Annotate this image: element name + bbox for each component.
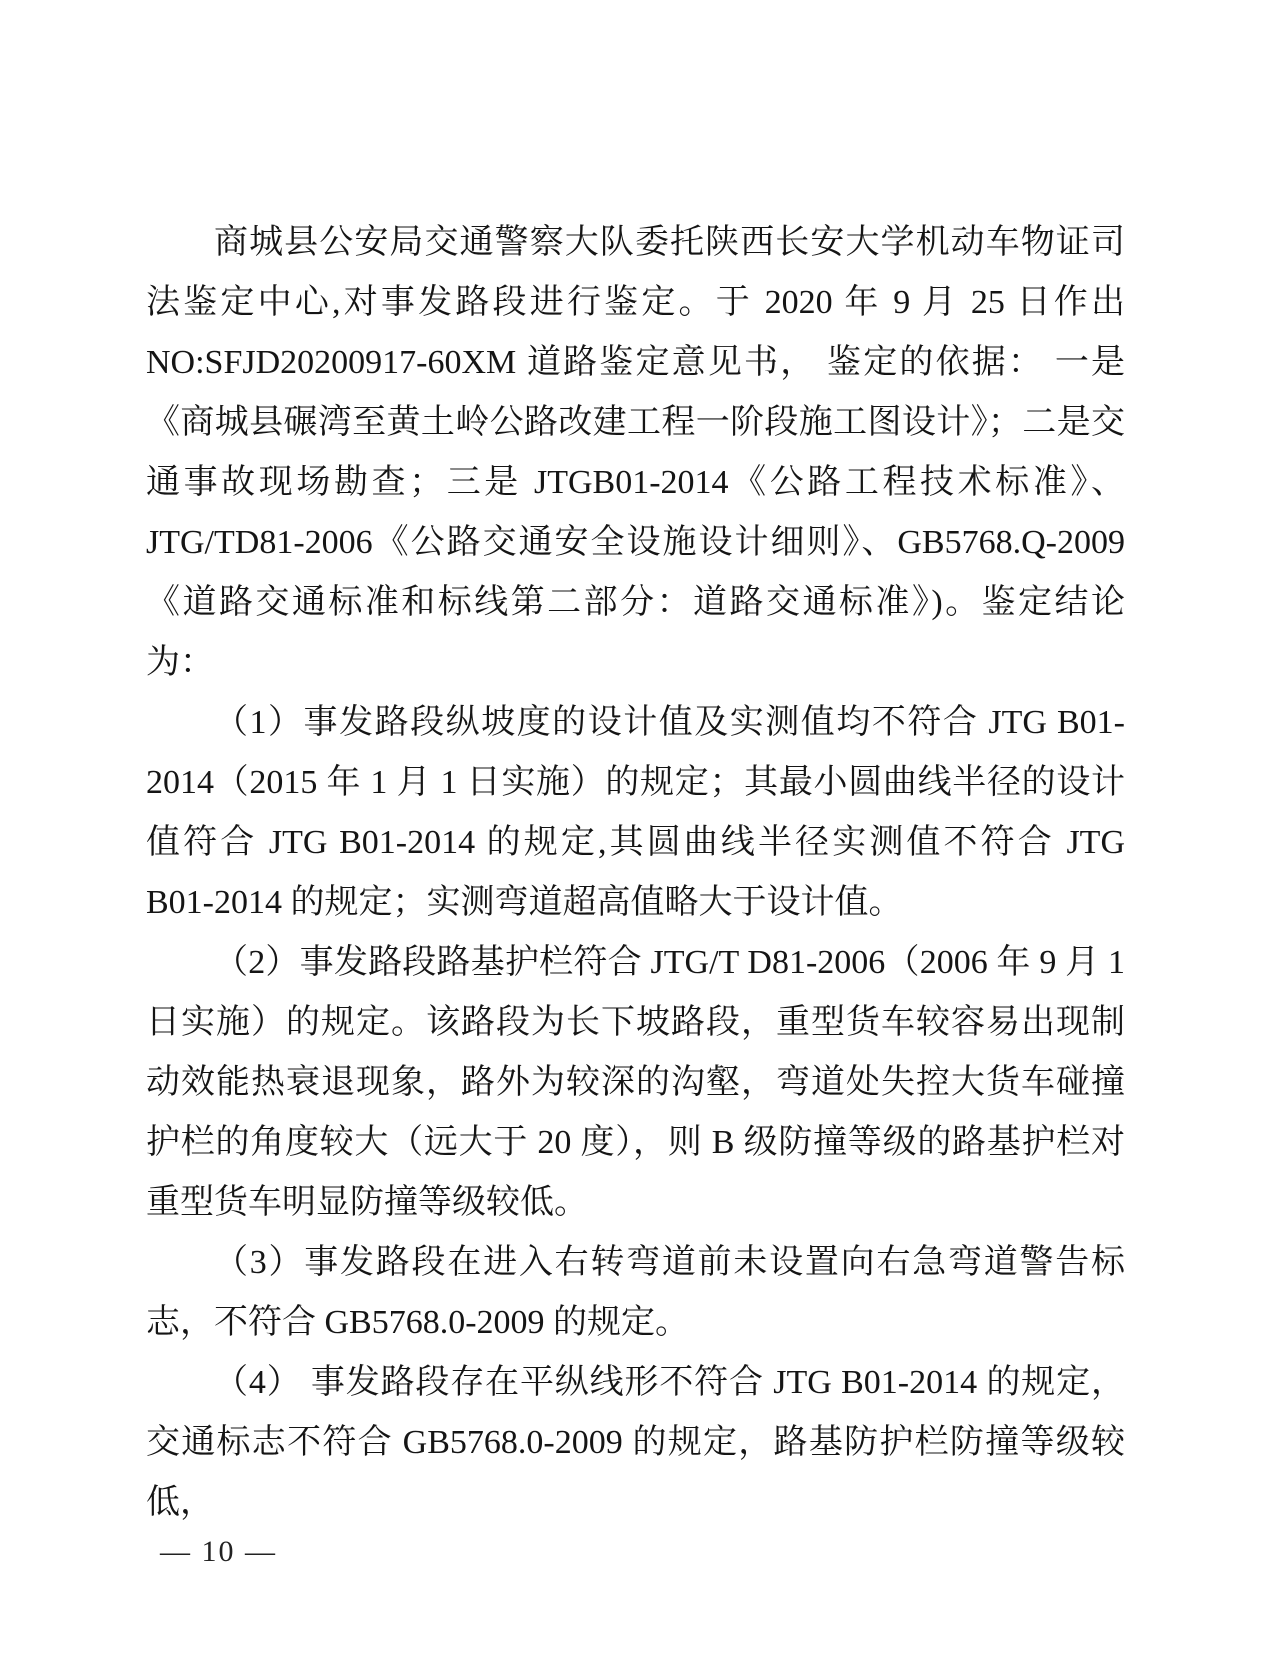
document-body: 商城县公安局交通警察大队委托陕西长安大学机动车物证司法鉴定中心,对事发路段进行鉴…	[146, 213, 1125, 1533]
paragraph-conclusion-1: （1）事发路段纵坡度的设计值及实测值均不符合 JTG B01-2014（2015…	[146, 693, 1125, 933]
paragraph-conclusion-2: （2）事发路段路基护栏符合 JTG/T D81-2006（2006 年 9 月 …	[146, 933, 1125, 1233]
paragraph-conclusion-3: （3）事发路段在进入右转弯道前未设置向右急弯道警告标志，不符合 GB5768.0…	[146, 1233, 1125, 1353]
page-number: — 10 —	[160, 1534, 277, 1570]
paragraph-conclusion-4: （4） 事发路段存在平纵线形不符合 JTG B01-2014 的规定，交通标志不…	[146, 1353, 1125, 1533]
paragraph-intro: 商城县公安局交通警察大队委托陕西长安大学机动车物证司法鉴定中心,对事发路段进行鉴…	[146, 213, 1125, 693]
document-page: 商城县公安局交通警察大队委托陕西长安大学机动车物证司法鉴定中心,对事发路段进行鉴…	[0, 0, 1280, 1656]
